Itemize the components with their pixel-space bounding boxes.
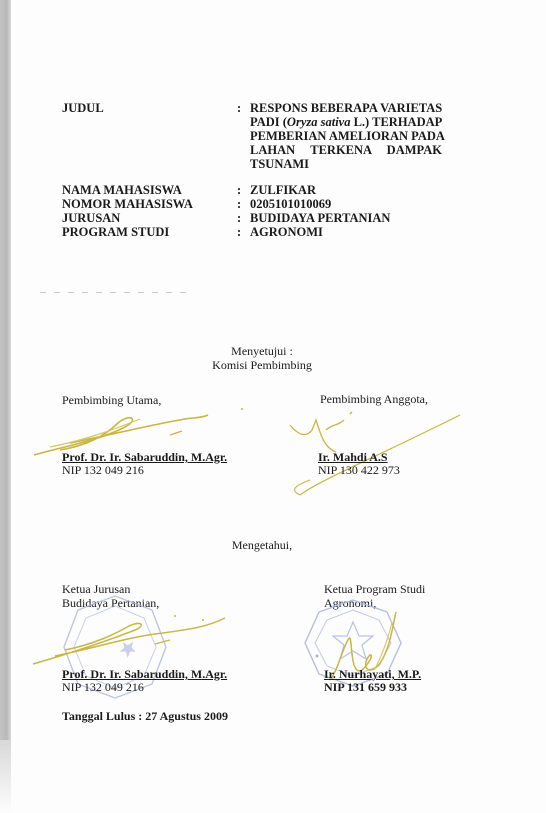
title-line: TSUNAMI xyxy=(250,157,442,171)
study-program: AGRONOMI xyxy=(250,225,323,239)
member-supervisor-nip: NIP 130 422 973 xyxy=(318,463,400,477)
member-supervisor-name: Ir. Mahdi A.S xyxy=(318,450,388,464)
program-head-nip: NIP 131 659 933 xyxy=(324,680,407,694)
thesis-title: RESPONS BEBERAPA VARIETAS PADI (Oryza sa… xyxy=(250,101,442,171)
info-colon: : xyxy=(237,183,241,197)
info-label: NOMOR MAHASISWA xyxy=(62,197,193,211)
department-head-name: Prof. Dr. Ir. Sabaruddin, M.Agr. xyxy=(62,667,227,681)
graduation-date: Tanggal Lulus : 27 Agustus 2009 xyxy=(62,709,228,723)
info-colon: : xyxy=(237,211,241,225)
main-supervisor-name: Prof. Dr. Ir. Sabaruddin, M.Agr. xyxy=(62,450,227,464)
approval-subheading: Komisi Pembimbing xyxy=(162,358,362,372)
member-supervisor-signature xyxy=(290,390,470,500)
info-label: JURUSAN xyxy=(62,211,120,225)
title-label: JUDUL xyxy=(62,101,104,115)
department: BUDIDAYA PERTANIAN xyxy=(250,211,390,225)
acknowledgement-heading: Mengetahui, xyxy=(182,538,342,552)
program-head-role: Ketua Program Studi xyxy=(324,582,425,596)
department-head-nip: NIP 132 049 216 xyxy=(62,680,144,694)
info-label: PROGRAM STUDI xyxy=(62,225,169,239)
scan-edge-shadow xyxy=(0,0,11,740)
main-supervisor-nip: NIP 132 049 216 xyxy=(62,463,144,477)
student-name: ZULFIKAR xyxy=(250,183,316,197)
title-line: PADI (Oryza sativa L.) TERHADAP xyxy=(250,115,442,129)
info-colon: : xyxy=(237,225,241,239)
program-head-name: Ir. Nurhayati, M.P. xyxy=(324,667,421,681)
student-number: 0205101010069 xyxy=(250,197,331,211)
title-colon: : xyxy=(237,101,241,115)
title-line: RESPONS BEBERAPA VARIETAS xyxy=(250,101,442,115)
scan-artifact-line xyxy=(40,292,190,293)
info-colon: : xyxy=(237,197,241,211)
info-label: NAMA MAHASISWA xyxy=(62,183,182,197)
approval-heading: Menyetujui : xyxy=(162,344,362,358)
scientific-name: Oryza sativa xyxy=(287,115,351,129)
title-line: PEMBERIAN AMELIORAN PADA xyxy=(250,129,442,143)
title-line: LAHAN TERKENA DAMPAK xyxy=(250,143,442,157)
